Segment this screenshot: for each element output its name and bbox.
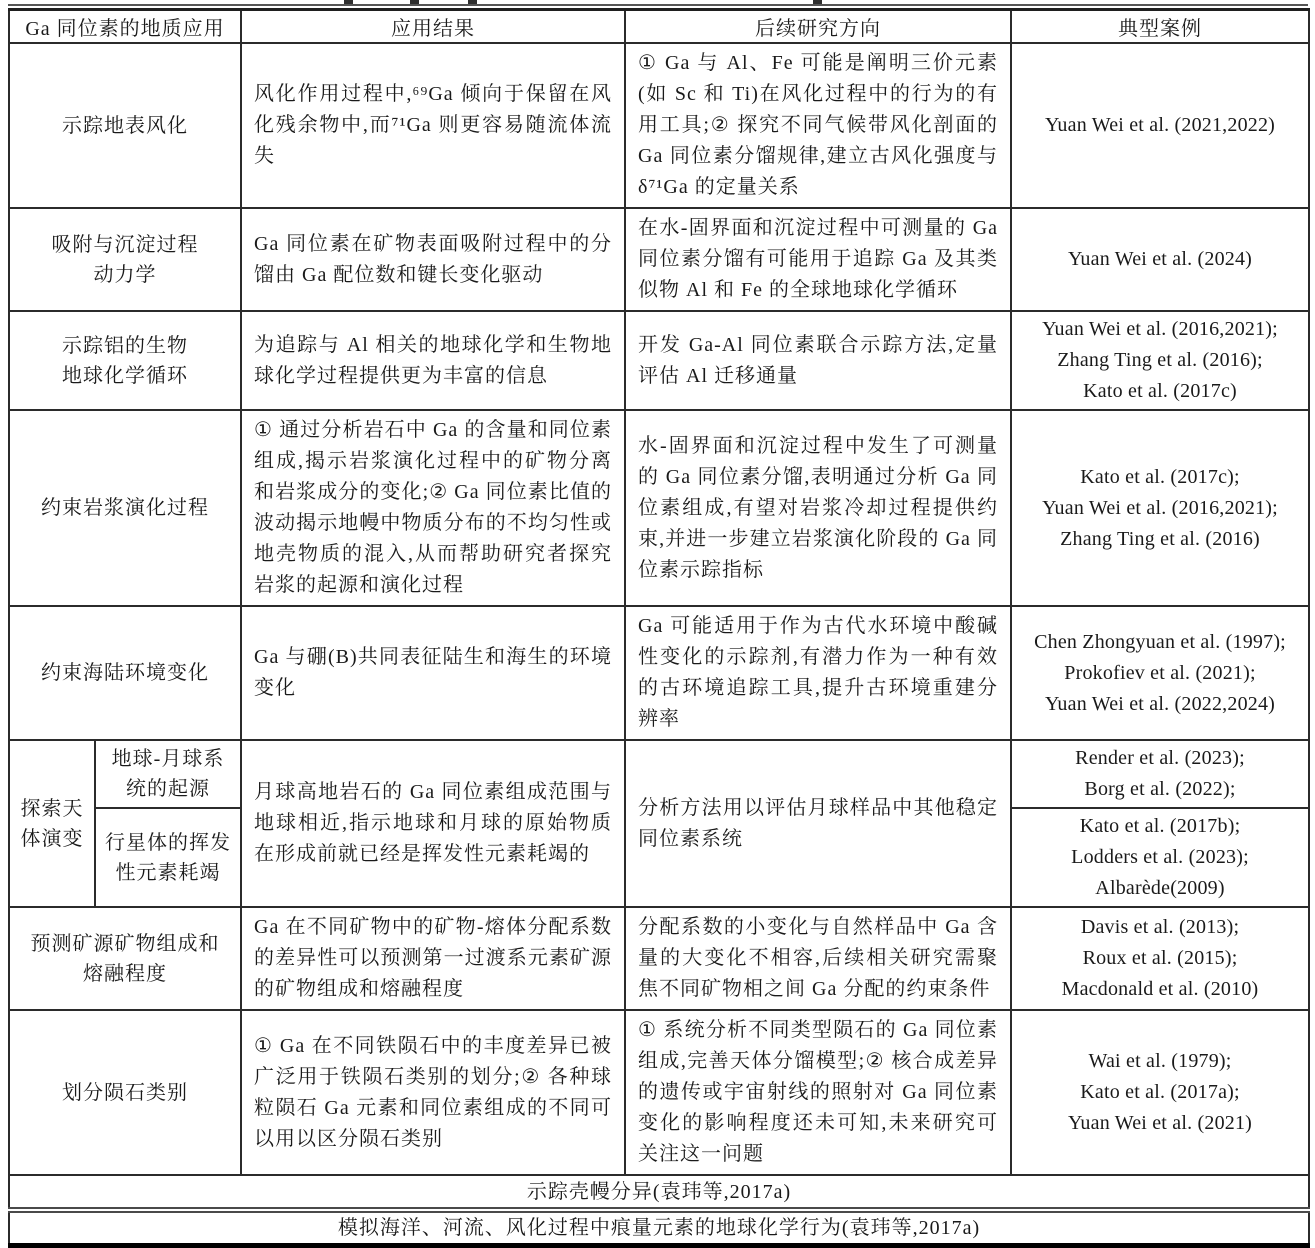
header-row: Ga 同位素的地质应用 应用结果 后续研究方向 典型案例 xyxy=(9,10,1309,44)
cell-cases: Yuan Wei et al. (2024) xyxy=(1011,208,1309,311)
table-body: 示踪地表风化 风化作用过程中,⁶⁹Ga 倾向于保留在风化残余物中,而⁷¹Ga 则… xyxy=(9,43,1309,1246)
row-marine-terrestrial-environment: 约束海陆环境变化 Ga 与硼(B)共同表征陆生和海生的环境变化 Ga 可能适用于… xyxy=(9,606,1309,740)
cell-result: ① 通过分析岩石中 Ga 的含量和同位素组成,揭示岩浆演化过程中的矿物分离和岩浆… xyxy=(241,410,625,606)
table-container: Ga 同位素的地质应用 应用结果 后续研究方向 典型案例 示踪地表风化 风化作用… xyxy=(8,4,1308,1248)
cell-application: 约束岩浆演化过程 xyxy=(9,410,241,606)
cell-result: 月球高地岩石的 Ga 同位素组成范围与地球相近,指示地球和月球的原始物质在形成前… xyxy=(241,740,625,907)
cell-cases-volatile: Kato et al. (2017b); Lodders et al. (202… xyxy=(1011,808,1309,907)
page: { "table": { "headers": [ "Ga 同位素的地质应用",… xyxy=(0,0,1315,1198)
cell-cases: Yuan Wei et al. (2016,2021); Zhang Ting … xyxy=(1011,311,1309,410)
row-aluminum-cycle: 示踪铝的生物 地球化学循环 为追踪与 Al 相关的地球化学和生物地球化学过程提供… xyxy=(9,311,1309,410)
cell-application-sub-origin: 地球-月球系 统的起源 xyxy=(95,740,241,808)
col-header-application: Ga 同位素的地质应用 xyxy=(9,10,241,44)
cell-application: 预测矿源矿物组成和 熔融程度 xyxy=(9,907,241,1010)
cell-cases: Davis et al. (2013); Roux et al. (2015);… xyxy=(1011,907,1309,1010)
cell-result: 为追踪与 Al 相关的地球化学和生物地球化学过程提供更为丰富的信息 xyxy=(241,311,625,410)
cell-application-group: 探索天 体演变 xyxy=(9,740,95,907)
cell-future: 分配系数的小变化与自然样品中 Ga 含量的大变化不相容,后续相关研究需聚焦不同矿… xyxy=(625,907,1011,1010)
cell-future: ① Ga 与 Al、Fe 可能是阐明三价元素(如 Sc 和 Ti)在风化过程中的… xyxy=(625,43,1011,208)
cell-cases: Chen Zhongyuan et al. (1997); Prokofiev … xyxy=(1011,606,1309,740)
cell-result: ① Ga 在不同铁陨石中的丰度差异已被广泛用于铁陨石类别的划分;② 各种球粒陨石… xyxy=(241,1010,625,1175)
row-surface-weathering: 示踪地表风化 风化作用过程中,⁶⁹Ga 倾向于保留在风化残余物中,而⁷¹Ga 则… xyxy=(9,43,1309,208)
col-header-cases: 典型案例 xyxy=(1011,10,1309,44)
col-header-future: 后续研究方向 xyxy=(625,10,1011,44)
cell-cases: Wai et al. (1979); Kato et al. (2017a); … xyxy=(1011,1010,1309,1175)
row-source-mineralogy-melting: 预测矿源矿物组成和 熔融程度 Ga 在不同矿物中的矿物-熔体分配系数的差异性可以… xyxy=(9,907,1309,1010)
footer-note-trace-element-simulation: 模拟海洋、河流、风化过程中痕量元素的地球化学行为(袁玮等,2017a) xyxy=(9,1210,1309,1246)
cell-cases-origin: Render et al. (2023); Borg et al. (2022)… xyxy=(1011,740,1309,808)
cell-result: Ga 在不同矿物中的矿物-熔体分配系数的差异性可以预测第一过渡系元素矿源的矿物组… xyxy=(241,907,625,1010)
cell-result: Ga 同位素在矿物表面吸附过程中的分馏由 Ga 配位数和键长变化驱动 xyxy=(241,208,625,311)
cell-future: Ga 可能适用于作为古代水环境中酸碱性变化的示踪剂,有潜力作为一种有效的古环境追… xyxy=(625,606,1011,740)
cell-application: 示踪地表风化 xyxy=(9,43,241,208)
footer-note-crust-mantle: 示踪壳幔分异(袁玮等,2017a) xyxy=(9,1175,1309,1210)
footer-row-crust-mantle: 示踪壳幔分异(袁玮等,2017a) xyxy=(9,1175,1309,1210)
row-celestial-evolution-origin: 探索天 体演变 地球-月球系 统的起源 月球高地岩石的 Ga 同位素组成范围与地… xyxy=(9,740,1309,808)
cell-application: 示踪铝的生物 地球化学循环 xyxy=(9,311,241,410)
cell-application: 划分陨石类别 xyxy=(9,1010,241,1175)
footer-row-trace-element-simulation: 模拟海洋、河流、风化过程中痕量元素的地球化学行为(袁玮等,2017a) xyxy=(9,1210,1309,1246)
ga-isotope-applications-table: Ga 同位素的地质应用 应用结果 后续研究方向 典型案例 示踪地表风化 风化作用… xyxy=(8,8,1310,1248)
top-double-rule xyxy=(8,4,1308,6)
cell-future: 开发 Ga-Al 同位素联合示踪方法,定量评估 Al 迁移通量 xyxy=(625,311,1011,410)
cell-future: 分析方法用以评估月球样品中其他稳定同位素系统 xyxy=(625,740,1011,907)
cell-application: 吸附与沉淀过程 动力学 xyxy=(9,208,241,311)
row-meteorite-classification: 划分陨石类别 ① Ga 在不同铁陨石中的丰度差异已被广泛用于铁陨石类别的划分;②… xyxy=(9,1010,1309,1175)
cell-application-sub-volatile: 行星体的挥发 性元素耗竭 xyxy=(95,808,241,907)
cell-future: ① 系统分析不同类型陨石的 Ga 同位素组成,完善天体分馏模型;② 核合成差异的… xyxy=(625,1010,1011,1175)
cell-result: 风化作用过程中,⁶⁹Ga 倾向于保留在风化残余物中,而⁷¹Ga 则更容易随流体流… xyxy=(241,43,625,208)
cell-result: Ga 与硼(B)共同表征陆生和海生的环境变化 xyxy=(241,606,625,740)
row-adsorption-precipitation: 吸附与沉淀过程 动力学 Ga 同位素在矿物表面吸附过程中的分馏由 Ga 配位数和… xyxy=(9,208,1309,311)
row-magma-evolution: 约束岩浆演化过程 ① 通过分析岩石中 Ga 的含量和同位素组成,揭示岩浆演化过程… xyxy=(9,410,1309,606)
cell-future: 在水-固界面和沉淀过程中可测量的 Ga 同位素分馏有可能用于追踪 Ga 及其类似… xyxy=(625,208,1011,311)
cell-future: 水-固界面和沉淀过程中发生了可测量的 Ga 同位素分馏,表明通过分析 Ga 同位… xyxy=(625,410,1011,606)
cell-cases: Yuan Wei et al. (2021,2022) xyxy=(1011,43,1309,208)
col-header-result: 应用结果 xyxy=(241,10,625,44)
cell-application: 约束海陆环境变化 xyxy=(9,606,241,740)
cell-cases: Kato et al. (2017c); Yuan Wei et al. (20… xyxy=(1011,410,1309,606)
table-header: Ga 同位素的地质应用 应用结果 后续研究方向 典型案例 xyxy=(9,10,1309,44)
